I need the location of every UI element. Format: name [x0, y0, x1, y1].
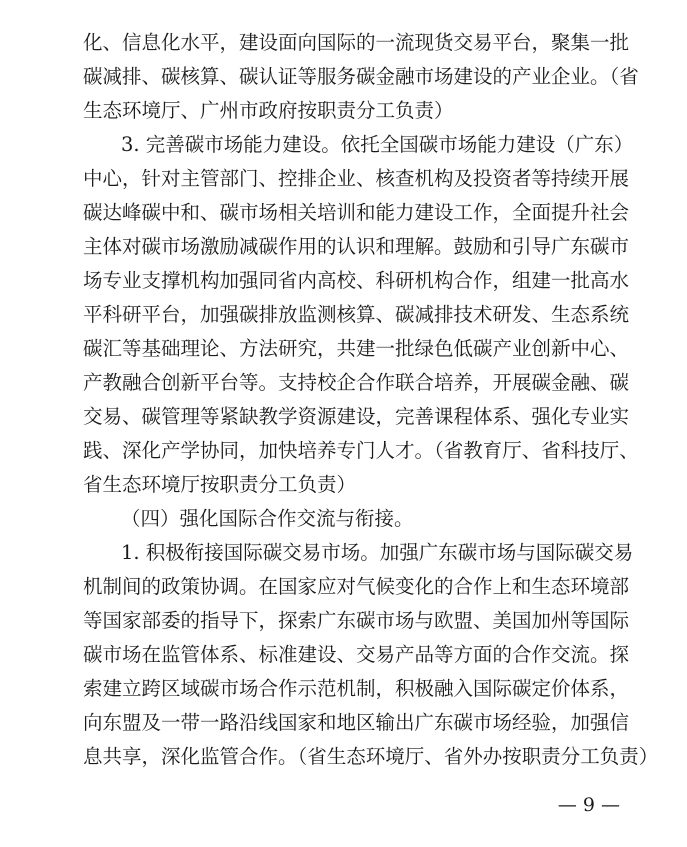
paragraph-line: 机制间的政策协调。在国家应对气候变化的合作上和生态环境部	[83, 570, 618, 604]
paragraph-line: 主体对碳市场激励减碳作用的认识和理解。鼓励和引导广东碳市	[83, 230, 618, 264]
paragraph-line: 中心，针对主管部门、控排企业、核查机构及投资者等持续开展	[83, 162, 618, 196]
section-4-heading: （四）强化国际合作交流与衔接。	[121, 502, 618, 536]
document-page: 化、信息化水平，建设面向国际的一流现货交易平台，聚集一批 碳减排、碳核算、碳认证…	[0, 0, 687, 847]
paragraph-line: 交易、碳管理等紧缺教学资源建设，完善课程体系、强化专业实	[83, 400, 618, 434]
paragraph-line: 向东盟及一带一路沿线国家和地区输出广东碳市场经验，加强信	[83, 706, 618, 740]
paragraph-line: 场专业支撑机构加强同省内高校、科研机构合作，组建一批高水	[83, 264, 618, 298]
paragraph-line: 碳市场在监管体系、标准建设、交易产品等方面的合作交流。探	[83, 638, 618, 672]
paragraph-line: 生态环境厅、广州市政府按职责分工负责）	[83, 94, 618, 128]
paragraph-line: 践、深化产学协同，加快培养专门人才。（省教育厅、省科技厅、	[83, 434, 618, 468]
section-3-heading-line: 3. 完善碳市场能力建设。依托全国碳市场能力建设（广东）	[121, 128, 618, 162]
paragraph-line: 平科研平台，加强碳排放监测核算、碳减排技术研发、生态系统	[83, 298, 618, 332]
paragraph-line: 省生态环境厅按职责分工负责）	[83, 468, 618, 502]
paragraph-line: 碳减排、碳核算、碳认证等服务碳金融市场建设的产业企业。（省	[83, 60, 618, 94]
paragraph-line: 索建立跨区域碳市场合作示范机制，积极融入国际碳定价体系，	[83, 672, 618, 706]
paragraph-line: 化、信息化水平，建设面向国际的一流现货交易平台，聚集一批	[83, 26, 618, 60]
paragraph-line: 碳达峰碳中和、碳市场相关培训和能力建设工作，全面提升社会	[83, 196, 618, 230]
paragraph-line: 碳汇等基础理论、方法研究，共建一批绿色低碳产业创新中心、	[83, 332, 618, 366]
paragraph-line: 产教融合创新平台等。支持校企合作联合培养，开展碳金融、碳	[83, 366, 618, 400]
paragraph-line: 息共享，深化监管合作。（省生态环境厅、省外办按职责分工负责）	[83, 740, 618, 774]
page-number: — 9 —	[555, 790, 620, 820]
paragraph-line: 等国家部委的指导下，探索广东碳市场与欧盟、美国加州等国际	[83, 604, 618, 638]
section-4-1-heading-line: 1. 积极衔接国际碳交易市场。加强广东碳市场与国际碳交易	[121, 536, 618, 570]
